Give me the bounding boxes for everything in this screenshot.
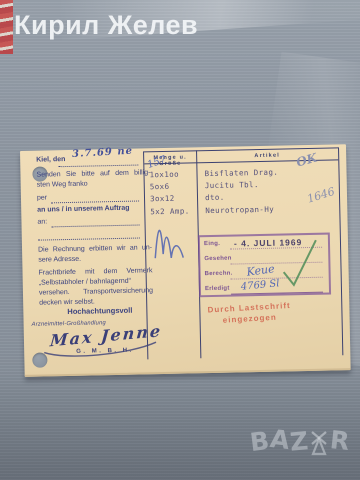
seller-watermark: Кирил Желев bbox=[14, 10, 198, 41]
stamp-row-label: Berechn. bbox=[205, 271, 233, 278]
handwritten-stamp-entry: Keue bbox=[246, 262, 275, 278]
stamp-row-label: Eing. bbox=[204, 241, 220, 247]
send-instruction-line2: sten Weg franko bbox=[37, 178, 151, 190]
handwritten-stamp-entry: 4769 Sl bbox=[240, 278, 280, 292]
address-rule bbox=[38, 238, 140, 241]
stamp-row-label: Erledigt bbox=[205, 286, 230, 293]
company-suffix: G. M. B. H. bbox=[76, 348, 134, 355]
stamp-row-label: Gesehen bbox=[204, 256, 232, 263]
article-cell: Neurotropan-Hy bbox=[205, 205, 274, 215]
qty-cell: 1ox1oo bbox=[149, 170, 179, 180]
an-rule bbox=[52, 225, 140, 228]
qty-cell: 3ox12 bbox=[150, 194, 175, 204]
closing-line: Hochachtungsvoll bbox=[67, 306, 132, 316]
order-postcard: Kiel, den 3.7.69 ne Senden Sie bitte auf… bbox=[20, 144, 351, 377]
dateline-label: Kiel, den bbox=[36, 156, 65, 164]
auftrag-line: an uns / in unserem Auftrag bbox=[37, 203, 151, 215]
article-cell: Jucitu Tbl. bbox=[205, 180, 259, 190]
article-cell: Bisflaten Drag. bbox=[204, 168, 278, 179]
red-striped-paper-edge bbox=[0, 0, 13, 54]
qty-cell: 5ox6 bbox=[150, 182, 170, 191]
date-rule bbox=[58, 165, 138, 168]
an-label: an: bbox=[37, 218, 47, 225]
handwritten-ink-scribble bbox=[149, 212, 186, 265]
listing-photo: Кирил Желев Kiel, den 3.7.69 ne Senden S… bbox=[0, 0, 360, 480]
photo-shadow bbox=[0, 370, 360, 480]
per-label: per bbox=[37, 194, 47, 201]
article-cell: dto. bbox=[205, 193, 225, 202]
invoice-note-line2: sere Adresse. bbox=[38, 253, 152, 265]
handwritten-date: 3.7.69 ne bbox=[72, 146, 133, 160]
green-checkmark-icon bbox=[279, 234, 320, 290]
